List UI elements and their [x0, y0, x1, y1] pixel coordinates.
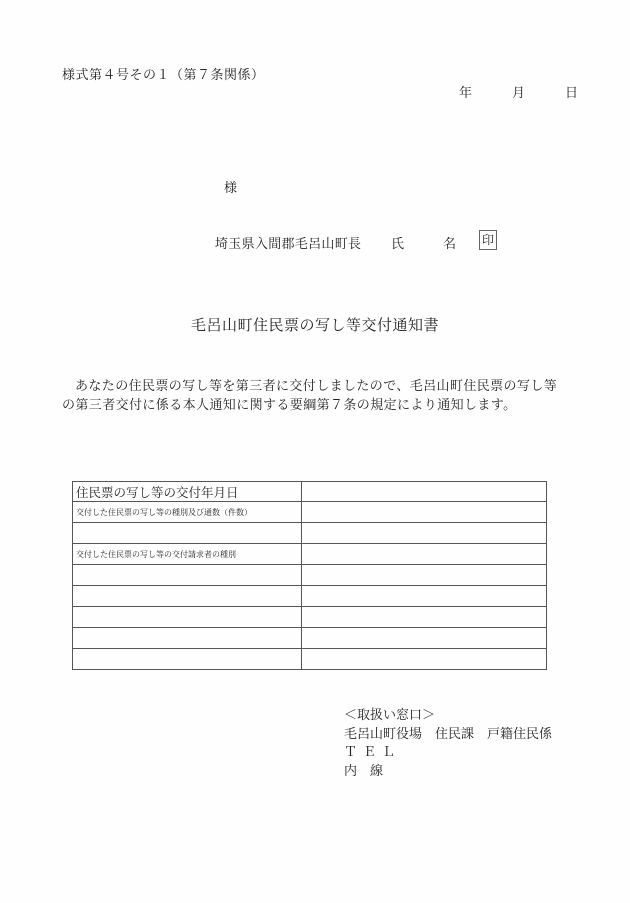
- name-label-mei: 名: [443, 233, 456, 252]
- row-label: 住民票の写し等の交付年月日: [73, 482, 302, 502]
- row-label: 交付した住民票の写し等の交付請求者の種別: [73, 544, 302, 565]
- table-row: [73, 586, 547, 607]
- document-title: 毛呂山町住民票の写し等交付通知書: [0, 314, 630, 335]
- contact-office: 毛呂山町役場 住民課 戸籍住民係: [344, 726, 552, 745]
- row-label[interactable]: [73, 607, 302, 628]
- row-value-field[interactable]: [302, 565, 547, 586]
- table-row: 交付した住民票の写し等の交付請求者の種別: [73, 544, 547, 565]
- row-value-field[interactable]: [302, 523, 547, 544]
- row-label[interactable]: [73, 649, 302, 670]
- date-line: 年月日: [459, 82, 578, 101]
- recipient-suffix: 様: [224, 177, 237, 196]
- row-value-field[interactable]: [302, 607, 547, 628]
- row-value-field[interactable]: [302, 649, 547, 670]
- row-label: 交付した住民票の写し等の種別及び通数（件数）: [73, 502, 302, 523]
- table-row: 交付した住民票の写し等の種別及び通数（件数）: [73, 502, 547, 523]
- contact-block: ＜取扱い窓口＞ 毛呂山町役場 住民課 戸籍住民係 ＴＥＬ 内 線: [344, 707, 552, 781]
- form-number: 様式第４号その１（第７条関係）: [62, 64, 265, 83]
- table-row: [73, 565, 547, 586]
- issuer-title: 埼玉県入間郡毛呂山町長: [215, 233, 361, 252]
- table-row: 住民票の写し等の交付年月日: [73, 482, 547, 502]
- row-label[interactable]: [73, 628, 302, 649]
- notice-body-line-1: あなたの住民票の写し等を第三者に交付しましたので、毛呂山町住民票の写し等: [62, 377, 582, 396]
- row-label[interactable]: [73, 565, 302, 586]
- table-row: [73, 523, 547, 544]
- row-label[interactable]: [73, 523, 302, 544]
- table-row: [73, 628, 547, 649]
- day-label: 日: [565, 82, 578, 101]
- seal-stamp-box: 印: [479, 230, 497, 250]
- row-value-field[interactable]: [302, 482, 547, 502]
- year-label: 年: [459, 82, 472, 101]
- table-row: [73, 649, 547, 670]
- row-value-field[interactable]: [302, 544, 547, 565]
- contact-tel-label: ＴＥＬ: [344, 744, 552, 763]
- row-label[interactable]: [73, 586, 302, 607]
- name-label-shi: 氏: [391, 233, 404, 252]
- notice-body: あなたの住民票の写し等を第三者に交付しましたので、毛呂山町住民票の写し等 の第三…: [62, 377, 582, 415]
- row-value-field[interactable]: [302, 586, 547, 607]
- issuance-info-table: 住民票の写し等の交付年月日 交付した住民票の写し等の種別及び通数（件数） 交付し…: [72, 481, 547, 670]
- row-value-field[interactable]: [302, 502, 547, 523]
- month-label: 月: [512, 82, 525, 101]
- table-row: [73, 607, 547, 628]
- row-value-field[interactable]: [302, 628, 547, 649]
- notice-body-line-2: の第三者交付に係る本人通知に関する要綱第７条の規定により通知します。: [62, 396, 582, 415]
- contact-heading: ＜取扱い窓口＞: [344, 707, 552, 726]
- contact-extension-label: 内 線: [344, 763, 552, 782]
